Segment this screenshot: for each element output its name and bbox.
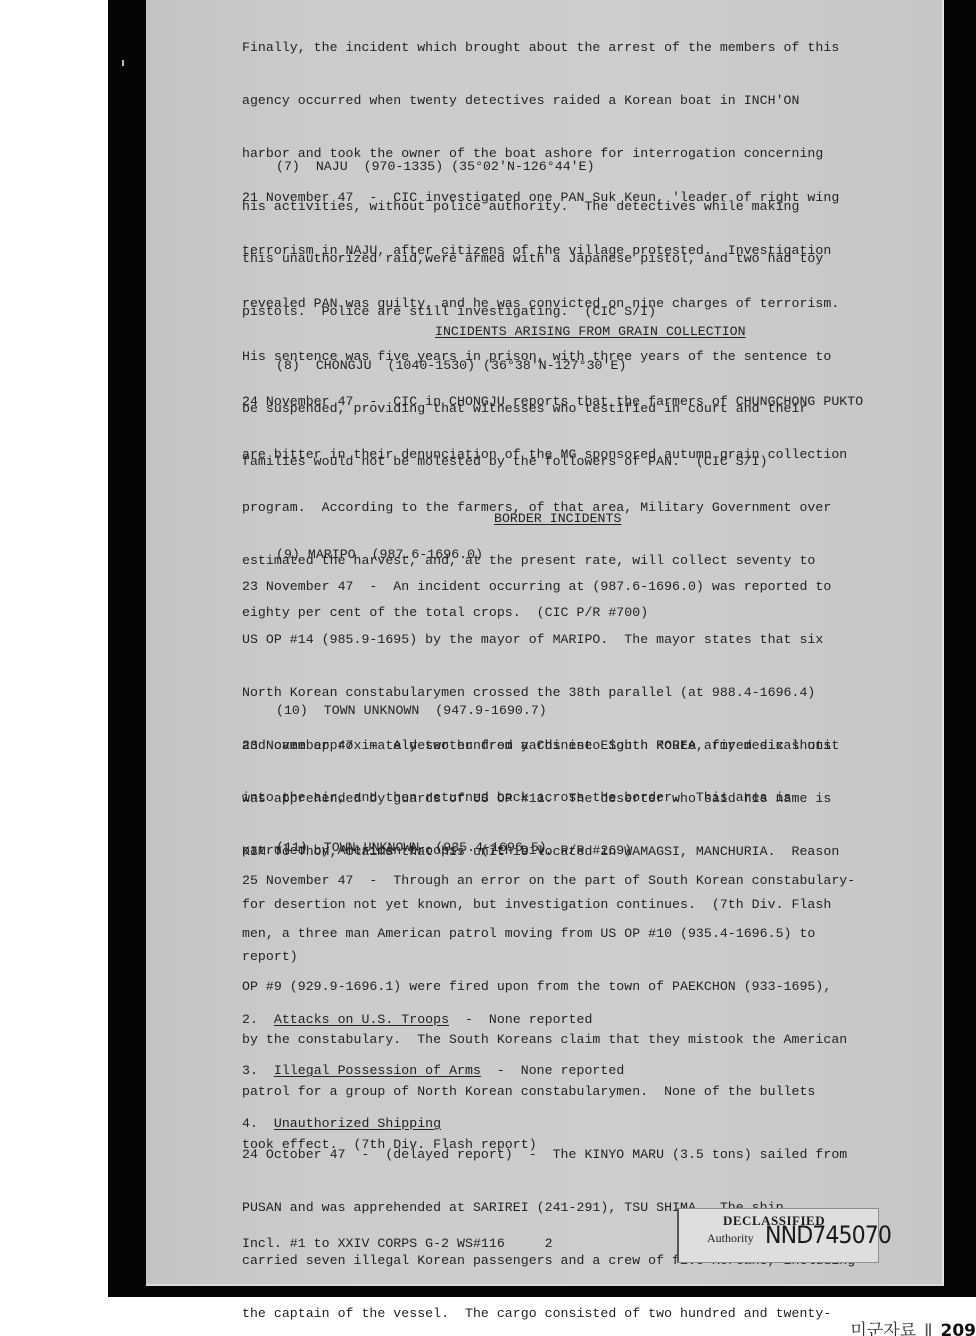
text-line: 21 November 47 - CIC investigated one PA… bbox=[242, 189, 912, 207]
text-line: the captain of the vessel. The cargo con… bbox=[242, 1305, 912, 1323]
text-line: are bitter in their denunciation of the … bbox=[242, 446, 912, 464]
text-line: Finally, the incident which brought abou… bbox=[242, 39, 912, 57]
text-line: 23 November 47 - An incident occurring a… bbox=[242, 578, 912, 596]
scan-artifact bbox=[122, 60, 124, 66]
page-number: 209 bbox=[941, 1321, 976, 1336]
footer-series-title: 미군자료 bbox=[850, 1321, 916, 1336]
footer-volume: Ⅱ bbox=[924, 1321, 932, 1336]
text-line: agency occurred when twenty detectives r… bbox=[242, 92, 912, 110]
declassified-stamp: DECLASSIFIED Authority NND745070 bbox=[677, 1208, 879, 1263]
stamp-authority-value: NND745070 bbox=[765, 1221, 891, 1249]
stamp-authority-label: Authority bbox=[707, 1231, 754, 1246]
item-title: Attacks on U.S. Troops bbox=[274, 1012, 449, 1027]
text-line: men, a three man American patrol moving … bbox=[242, 925, 912, 943]
item-title: Illegal Possession of Arms bbox=[274, 1063, 481, 1078]
text-line: US OP #14 (985.9-1695) by the mayor of M… bbox=[242, 631, 912, 649]
text-line: 24 November 47 - CIC in CHONGJU reports … bbox=[242, 393, 912, 411]
text-line: terrorism in NAJU, after citizens of the… bbox=[242, 242, 912, 260]
item-number: 3. bbox=[242, 1063, 258, 1078]
text-line: 24 October 47 - (delayed report) - The K… bbox=[242, 1146, 912, 1164]
text-line: 23 November 47 - A deserter from a Chine… bbox=[242, 737, 912, 755]
text-line: 25 November 47 - Through an error on the… bbox=[242, 872, 912, 890]
item-number: 2. bbox=[242, 1012, 258, 1027]
item-status: - None reported bbox=[449, 1012, 592, 1027]
book-footer: 미군자료Ⅱ209 bbox=[850, 1316, 976, 1336]
item-status: - None reported bbox=[481, 1063, 624, 1078]
